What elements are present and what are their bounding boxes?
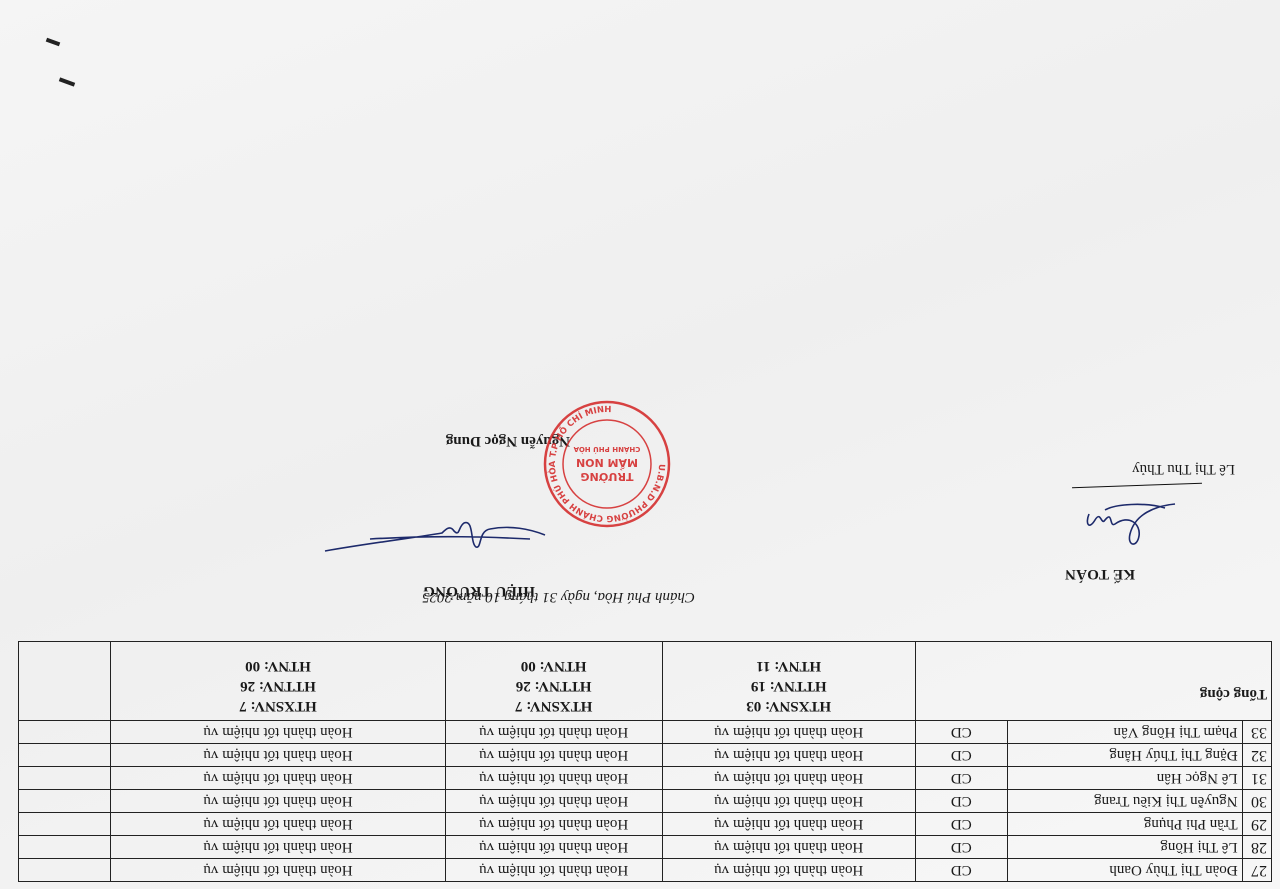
evaluation-1: Hoàn thành tốt nhiệm vụ bbox=[662, 813, 915, 836]
evaluation-2: Hoàn thành tốt nhiệm vụ bbox=[445, 790, 662, 813]
stamp-center-line2: MẦM NON bbox=[576, 456, 638, 470]
accountant-name: Lê Thị Thu Thủy bbox=[1132, 460, 1235, 477]
table-row: 31Lê Ngọc HânCDHoàn thành tốt nhiệm vụHo… bbox=[19, 767, 1272, 790]
accountant-role-label: KẾ TOÁN bbox=[1065, 565, 1135, 582]
principal-signature bbox=[320, 499, 550, 559]
note-cell bbox=[19, 721, 111, 744]
table-row: 30Nguyễn Thị Kiều TrangCDHoàn thành tốt … bbox=[19, 790, 1272, 813]
total-summary-line: HTXSNV: 03 bbox=[667, 696, 911, 716]
evaluation-3: Hoàn thành tốt nhiệm vụ bbox=[111, 767, 445, 790]
row-number: 28 bbox=[1242, 836, 1271, 859]
principal-role-label: HIỆU TRƯỞNG bbox=[423, 582, 535, 599]
evaluation-2: Hoàn thành tốt nhiệm vụ bbox=[445, 767, 662, 790]
note-cell bbox=[19, 813, 111, 836]
total-eval3: HTXSNV: 7HTTNV: 26HTNV: 00 bbox=[111, 642, 445, 721]
evaluation-2: Hoàn thành tốt nhiệm vụ bbox=[445, 744, 662, 767]
table-row: 29Trần Phi PhụngCDHoàn thành tốt nhiệm v… bbox=[19, 813, 1272, 836]
total-summary-line: HTXSNV: 7 bbox=[450, 696, 658, 716]
staff-code: CD bbox=[915, 836, 1007, 859]
row-number: 29 bbox=[1242, 813, 1271, 836]
evaluation-3: Hoàn thành tốt nhiệm vụ bbox=[111, 790, 445, 813]
row-number: 27 bbox=[1242, 859, 1271, 882]
scan-speck bbox=[46, 38, 61, 47]
note-cell bbox=[19, 790, 111, 813]
staff-code: CD bbox=[915, 767, 1007, 790]
evaluation-2: Hoàn thành tốt nhiệm vụ bbox=[445, 813, 662, 836]
row-number: 33 bbox=[1242, 721, 1271, 744]
stamp-center-line1: TRƯỜNG bbox=[580, 470, 633, 483]
accountant-signature-line bbox=[1072, 482, 1202, 488]
stamp-center-line3: CHÁNH PHÚ HÒA bbox=[573, 445, 640, 454]
table-row: 27Đoàn Thị Thùy OanhCDHoàn thành tốt nhi… bbox=[19, 859, 1272, 882]
total-label: Tổng cộng bbox=[915, 642, 1271, 721]
note-cell bbox=[19, 859, 111, 882]
evaluation-1: Hoàn thành tốt nhiệm vụ bbox=[662, 859, 915, 882]
row-number: 30 bbox=[1242, 790, 1271, 813]
total-summary-line: HTTNV: 19 bbox=[667, 676, 911, 696]
scanned-document-page: 27Đoàn Thị Thùy OanhCDHoàn thành tốt nhi… bbox=[0, 0, 1280, 889]
staff-name: Nguyễn Thị Kiều Trang bbox=[1008, 790, 1243, 813]
note-cell bbox=[19, 767, 111, 790]
total-row: Tổng cộngHTXSNV: 03HTTNV: 19HTNV: 11HTXS… bbox=[19, 642, 1272, 721]
total-summary-line: HTNV: 00 bbox=[115, 656, 440, 676]
row-number: 31 bbox=[1242, 767, 1271, 790]
table-row: 28Lê Thị HồngCDHoàn thành tốt nhiệm vụHo… bbox=[19, 836, 1272, 859]
evaluation-1: Hoàn thành tốt nhiệm vụ bbox=[662, 767, 915, 790]
evaluation-3: Hoàn thành tốt nhiệm vụ bbox=[111, 721, 445, 744]
staff-name: Phạm Thị Hồng Vân bbox=[1008, 721, 1243, 744]
total-summary-line: HTTNV: 26 bbox=[450, 676, 658, 696]
scan-speck bbox=[59, 77, 75, 86]
staff-name: Đoàn Thị Thùy Oanh bbox=[1008, 859, 1243, 882]
total-note-cell bbox=[19, 642, 111, 721]
evaluation-3: Hoàn thành tốt nhiệm vụ bbox=[111, 859, 445, 882]
evaluation-3: Hoàn thành tốt nhiệm vụ bbox=[111, 744, 445, 767]
total-summary-line: HTTNV: 26 bbox=[115, 676, 440, 696]
staff-code: CD bbox=[915, 790, 1007, 813]
total-summary-line: HTXSNV: 7 bbox=[115, 696, 440, 716]
total-eval2: HTXSNV: 7HTTNV: 26HTNV: 00 bbox=[445, 642, 662, 721]
total-eval1: HTXSNV: 03HTTNV: 19HTNV: 11 bbox=[662, 642, 915, 721]
evaluation-3: Hoàn thành tốt nhiệm vụ bbox=[111, 836, 445, 859]
staff-name: Đặng Thị Thúy Hằng bbox=[1008, 744, 1243, 767]
evaluation-1: Hoàn thành tốt nhiệm vụ bbox=[662, 790, 915, 813]
row-number: 32 bbox=[1242, 744, 1271, 767]
total-summary-line: HTNV: 11 bbox=[667, 656, 911, 676]
evaluation-2: Hoàn thành tốt nhiệm vụ bbox=[445, 721, 662, 744]
staff-name: Trần Phi Phụng bbox=[1008, 813, 1243, 836]
staff-name: Lê Thị Hồng bbox=[1008, 836, 1243, 859]
table-row: 32Đặng Thị Thúy HằngCDHoàn thành tốt nhi… bbox=[19, 744, 1272, 767]
accountant-signature bbox=[1075, 494, 1185, 554]
school-stamp: U.B.N.D PHƯỜNG CHÁNH PHÚ HÒA T.P HỒ CHÍ … bbox=[542, 399, 672, 529]
evaluation-1: Hoàn thành tốt nhiệm vụ bbox=[662, 836, 915, 859]
staff-code: CD bbox=[915, 721, 1007, 744]
total-summary-line: HTNV: 00 bbox=[450, 656, 658, 676]
evaluation-3: Hoàn thành tốt nhiệm vụ bbox=[111, 813, 445, 836]
staff-code: CD bbox=[915, 744, 1007, 767]
staff-code: CD bbox=[915, 813, 1007, 836]
staff-code: CD bbox=[915, 859, 1007, 882]
evaluation-1: Hoàn thành tốt nhiệm vụ bbox=[662, 721, 915, 744]
staff-name: Lê Ngọc Hân bbox=[1008, 767, 1243, 790]
note-cell bbox=[19, 744, 111, 767]
table-row: 33Phạm Thị Hồng VânCDHoàn thành tốt nhiệ… bbox=[19, 721, 1272, 744]
evaluation-2: Hoàn thành tốt nhiệm vụ bbox=[445, 836, 662, 859]
evaluation-table: 27Đoàn Thị Thùy OanhCDHoàn thành tốt nhi… bbox=[18, 641, 1272, 882]
evaluation-1: Hoàn thành tốt nhiệm vụ bbox=[662, 744, 915, 767]
evaluation-2: Hoàn thành tốt nhiệm vụ bbox=[445, 859, 662, 882]
note-cell bbox=[19, 836, 111, 859]
